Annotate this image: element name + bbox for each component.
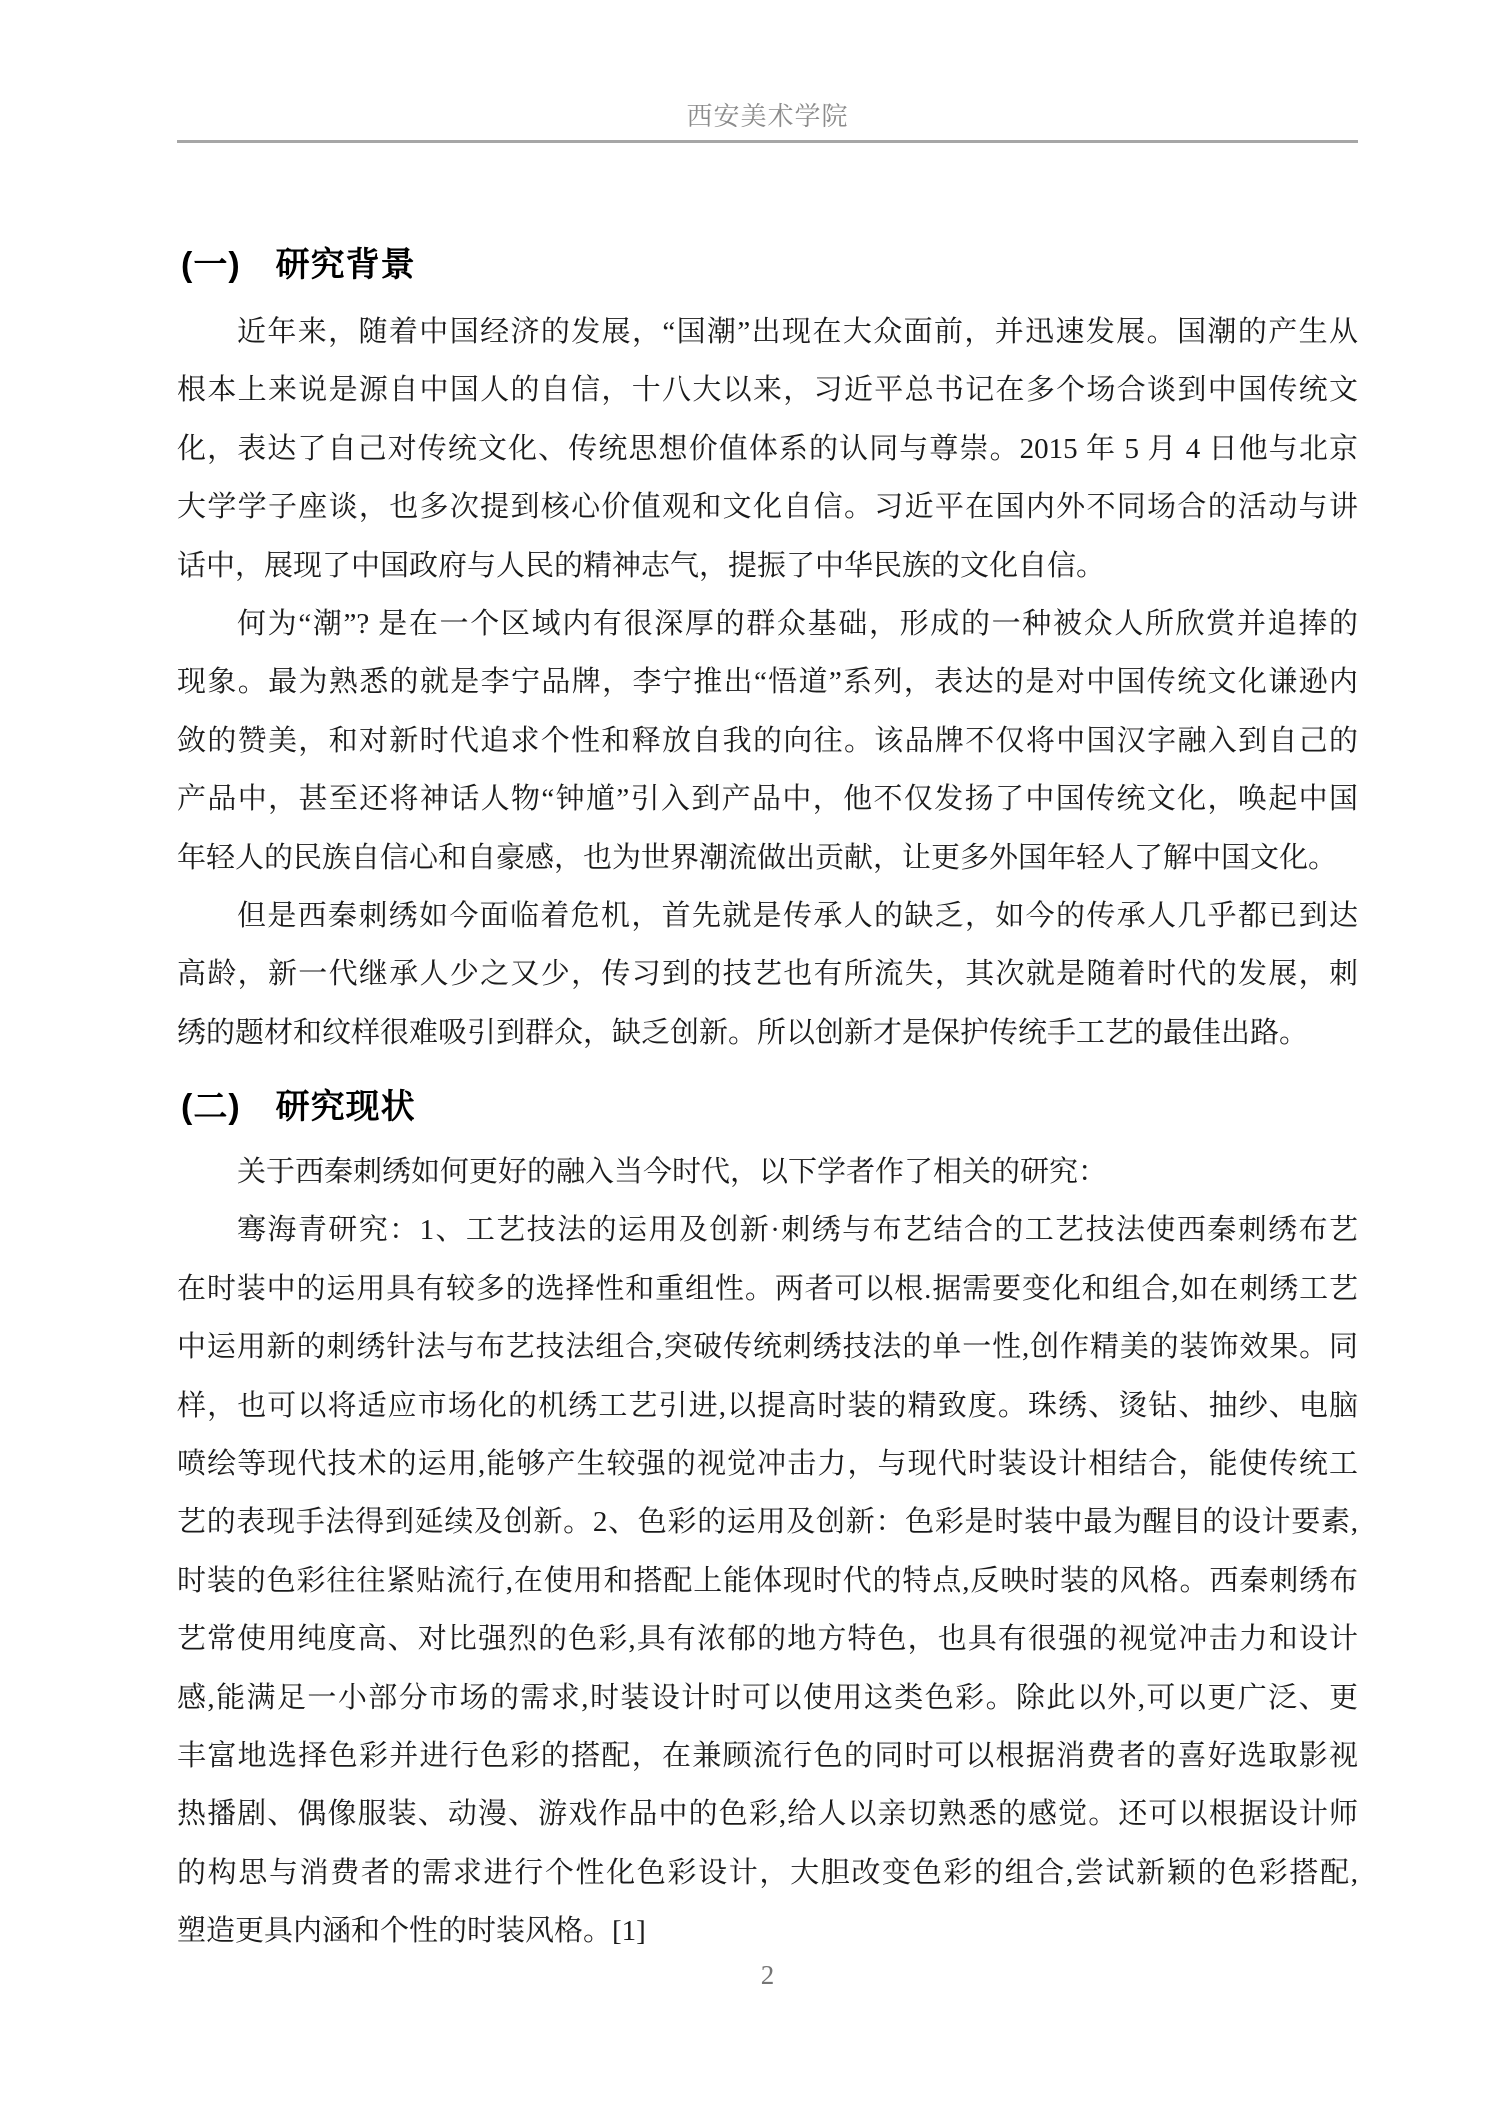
- text-line: 的构思与消费者的需求进行个性化色彩设计，大胆改变色彩的组合,尝试新颖的色彩搭配,: [177, 1844, 1358, 1902]
- paragraph: 何为“潮”? 是在一个区域内有很深厚的群众基础，形成的一种被众人所欣赏并追捧的现…: [177, 595, 1358, 887]
- paragraph: 但是西秦刺绣如今面临着危机，首先就是传承人的缺乏，如今的传承人几乎都已到达高龄，…: [177, 887, 1358, 1062]
- document-body: (一) 研究背景 近年来，随着中国经济的发展，“国潮”出现在大众面前，并迅速发展…: [177, 244, 1358, 1961]
- document-page: 西安美术学院 (一) 研究背景 近年来，随着中国经济的发展，“国潮”出现在大众面…: [0, 0, 1500, 2115]
- text-line: 艺的表现手法得到延续及创新。2、色彩的运用及创新：色彩是时装中最为醒目的设计要素…: [177, 1493, 1358, 1551]
- text-line: 艺常使用纯度高、对比强烈的色彩,具有浓郁的地方特色，也具有很强的视觉冲击力和设计: [177, 1610, 1358, 1668]
- text-line: 在时装中的运用具有较多的选择性和重组性。两者可以根.据需要变化和组合,如在刺绣工…: [177, 1260, 1358, 1318]
- text-line: 敛的赞美，和对新时代追求个性和释放自我的向往。该品牌不仅将中国汉字融入到自己的: [177, 712, 1358, 770]
- section-research-status-paragraphs: 关于西秦刺绣如何更好的融入当今时代，以下学者作了相关的研究：骞海青研究：1、工艺…: [177, 1143, 1358, 1960]
- text-line: 化，表达了自己对传统文化、传统思想价值体系的认同与尊崇。2015 年 5 月 4…: [177, 420, 1358, 478]
- text-line: 现象。最为熟悉的就是李宁品牌，李宁推出“悟道”系列，表达的是对中国传统文化谦逊内: [177, 653, 1358, 711]
- text-line: 话中，展现了中国政府与人民的精神志气，提振了中华民族的文化自信。: [177, 537, 1358, 595]
- header-divider: [177, 140, 1358, 143]
- text-line: 感,能满足一小部分市场的需求,时装设计时可以使用这类色彩。除此以外,可以更广泛、…: [177, 1669, 1358, 1727]
- text-line: 喷绘等现代技术的运用,能够产生较强的视觉冲击力，与现代时装设计相结合，能使传统工: [177, 1435, 1358, 1493]
- text-line: 但是西秦刺绣如今面临着危机，首先就是传承人的缺乏，如今的传承人几乎都已到达: [177, 887, 1358, 945]
- text-line: 根本上来说是源自中国人的自信，十八大以来，习近平总书记在多个场合谈到中国传统文: [177, 361, 1358, 419]
- page-number: 2: [177, 1958, 1358, 1992]
- text-line: 产品中，甚至还将神话人物“钟馗”引入到产品中，他不仅发扬了中国传统文化，唤起中国: [177, 770, 1358, 828]
- text-line: 关于西秦刺绣如何更好的融入当今时代，以下学者作了相关的研究：: [177, 1143, 1358, 1201]
- text-line: 近年来，随着中国经济的发展，“国潮”出现在大众面前，并迅速发展。国潮的产生从: [177, 303, 1358, 361]
- paragraph: 近年来，随着中国经济的发展，“国潮”出现在大众面前，并迅速发展。国潮的产生从根本…: [177, 303, 1358, 595]
- text-line: 骞海青研究：1、工艺技法的运用及创新·刺绣与布艺结合的工艺技法使西秦刺绣布艺: [177, 1201, 1358, 1259]
- text-line: 塑造更具内涵和个性的时装风格。[1]: [177, 1902, 1358, 1960]
- text-line: 热播剧、偶像服装、动漫、游戏作品中的色彩,给人以亲切熟悉的感觉。还可以根据设计师: [177, 1785, 1358, 1843]
- text-line: 年轻人的民族自信心和自豪感，也为世界潮流做出贡献，让更多外国年轻人了解中国文化。: [177, 829, 1358, 887]
- text-line: 大学学子座谈，也多次提到核心价值观和文化自信。习近平在国内外不同场合的活动与讲: [177, 478, 1358, 536]
- paragraph: 骞海青研究：1、工艺技法的运用及创新·刺绣与布艺结合的工艺技法使西秦刺绣布艺在时…: [177, 1201, 1358, 1960]
- text-line: 时装的色彩往往紧贴流行,在使用和搭配上能体现时代的特点,反映时装的风格。西秦刺绣…: [177, 1552, 1358, 1610]
- section-heading-research-background: (一) 研究背景: [181, 244, 1358, 286]
- section-heading-research-status: (二) 研究现状: [181, 1086, 1358, 1128]
- header-school-name: 西安美术学院: [177, 102, 1358, 132]
- text-line: 高龄，新一代继承人少之又少，传习到的技艺也有所流失，其次就是随着时代的发展，刺: [177, 945, 1358, 1003]
- text-line: 样，也可以将适应市场化的机绣工艺引进,以提高时装的精致度。珠绣、烫钻、抽纱、电脑: [177, 1377, 1358, 1435]
- text-line: 丰富地选择色彩并进行色彩的搭配，在兼顾流行色的同时可以根据消费者的喜好选取影视: [177, 1727, 1358, 1785]
- text-line: 何为“潮”? 是在一个区域内有很深厚的群众基础，形成的一种被众人所欣赏并追捧的: [177, 595, 1358, 653]
- paragraph: 关于西秦刺绣如何更好的融入当今时代，以下学者作了相关的研究：: [177, 1143, 1358, 1201]
- text-line: 中运用新的刺绣针法与布艺技法组合,突破传统刺绣技法的单一性,创作精美的装饰效果。…: [177, 1318, 1358, 1376]
- section-research-background-paragraphs: 近年来，随着中国经济的发展，“国潮”出现在大众面前，并迅速发展。国潮的产生从根本…: [177, 303, 1358, 1062]
- text-line: 绣的题材和纹样很难吸引到群众，缺乏创新。所以创新才是保护传统手工艺的最佳出路。: [177, 1004, 1358, 1062]
